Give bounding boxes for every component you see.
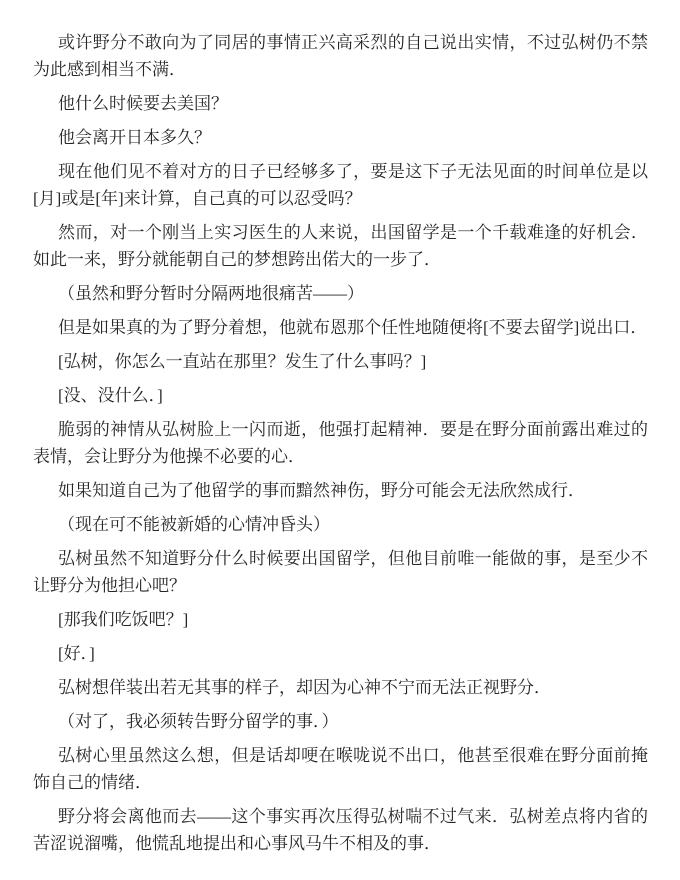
paragraph: 但是如果真的为了野分着想，他就布恩那个任性地随便将[不要去留学]说出口． [33, 314, 648, 341]
paragraph: 现在他们见不着对方的日子已经够多了，要是这下子无法见面的时间单位是以[月]或是[… [33, 158, 648, 212]
paragraph: （对了，我必须转告野分留学的事．） [33, 708, 648, 735]
paragraph: 如果知道自己为了他留学的事而黯然神伤，野分可能会无法欣然成行． [33, 477, 648, 504]
paragraph: （现在可不能被新婚的心情冲昏头） [33, 511, 648, 538]
paragraph: 脆弱的神情从弘树脸上一闪而逝，他强打起精神．要是在野分面前露出难过的表情，会让野… [33, 416, 648, 470]
paragraph: 弘树心里虽然这么想，但是话却哽在喉咙说不出口，他甚至很难在野分面前掩饰自己的情绪… [33, 742, 648, 796]
paragraph: 野分将会离他而去——这个事实再次压得弘树喘不过气来．弘树差点将内省的苦涩说溜嘴，… [33, 803, 648, 857]
paragraph: 弘树想佯装出若无其事的样子，却因为心神不宁而无法正视野分． [33, 674, 648, 701]
paragraph: （虽然和野分暂时分隔两地很痛苦——） [33, 280, 648, 307]
paragraph: 然而，对一个刚当上实习医生的人来说，出国留学是一个千载难逢的好机会．如此一来，野… [33, 219, 648, 273]
paragraph: 弘树虽然不知道野分什么时候要出国留学，但他目前唯一能做的事，是至少不让野分为他担… [33, 545, 648, 599]
paragraph: [那我们吃饭吧？] [33, 606, 648, 633]
paragraph: [弘树，你怎么一直站在那里？发生了什么事吗？] [33, 348, 648, 375]
paragraph: 他什么时候要去美国？ [33, 90, 648, 117]
paragraph: [没、没什么．] [33, 382, 648, 409]
paragraph: 或许野分不敢向为了同居的事情正兴高采烈的自己说出实情，不过弘树仍不禁为此感到相当… [33, 29, 648, 83]
paragraph: [好．] [33, 640, 648, 667]
paragraph: 他会离开日本多久？ [33, 124, 648, 151]
document-page: 或许野分不敢向为了同居的事情正兴高采烈的自己说出实情，不过弘树仍不禁为此感到相当… [0, 0, 680, 880]
